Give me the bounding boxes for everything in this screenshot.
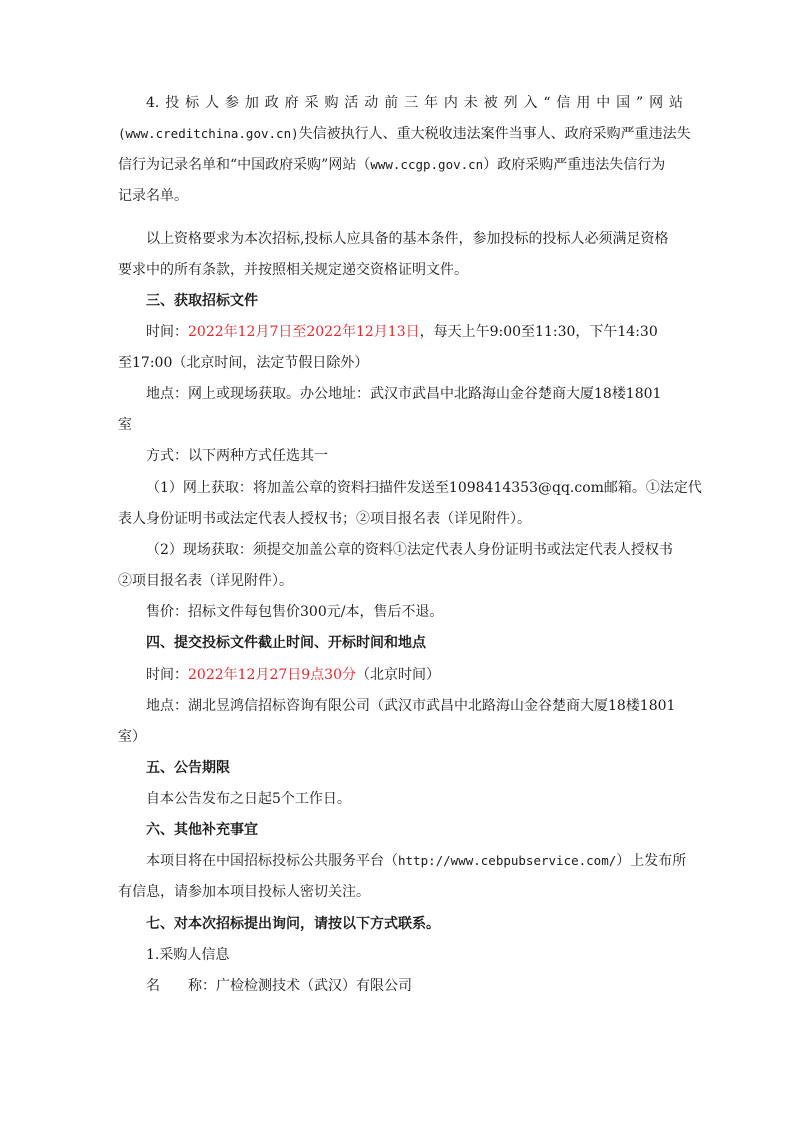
section3-heading: 三、获取招标文件 <box>146 291 258 311</box>
section4-time: 时间：2022年12月27日9点30分（北京时间） <box>146 665 440 685</box>
item4-line1: 4.投标人参加政府采购活动前三年内未被列入“信用中国”网站 <box>146 93 683 113</box>
section3-price: 售价：招标文件每包售价300元/本，售后不退。 <box>146 602 443 622</box>
section3-time-line1: 时间：2022年12月7日至2022年12月13日，每天上午9:00至11:30… <box>146 322 658 342</box>
section7-name: 名 称：广检检测技术（武汉）有限公司 <box>146 976 412 996</box>
item4-line4: 记录名单。 <box>118 186 188 206</box>
section3-time-highlight: 2022年12月7日至2022年12月13日 <box>188 324 420 340</box>
qualification-note-line1: 以上资格要求为本次招标,投标人应具备的基本条件，参加投标的投标人必须满足资格 <box>146 229 668 249</box>
section3-online-line1: （1）网上获取：将加盖公章的资料扫描件发送至1098414353@qq.com邮… <box>146 478 702 498</box>
section4-place-line1: 地点：湖北昱鸿信招标咨询有限公司（武汉市武昌中北路海山金谷楚商大厦18楼1801 <box>146 696 675 716</box>
section7-heading: 七、对本次招标提出询问，请按以下方式联系。 <box>146 914 440 934</box>
section3-onsite-line2: ②项目报名表（详见附件）。 <box>118 571 293 591</box>
section4-place-line2: 室） <box>118 727 146 747</box>
qualification-note-line2: 要求中的所有条款，并按照相关规定递交资格证明文件。 <box>118 260 468 280</box>
section3-time-line2: 至17:00（北京时间，法定节假日除外） <box>118 353 368 373</box>
name-value: 广检检测技术（武汉）有限公司 <box>216 978 412 994</box>
section6-heading: 六、其他补充事宜 <box>146 820 258 840</box>
section5-text: 自本公告发布之日起5个工作日。 <box>146 789 351 809</box>
section7-sub1: 1.采购人信息 <box>146 945 229 965</box>
section5-heading: 五、公告期限 <box>146 758 230 778</box>
section4-heading: 四、提交投标文件截止时间、开标时间和地点 <box>146 633 426 653</box>
section3-method: 方式：以下两种方式任选其一 <box>146 446 328 466</box>
section3-place-line1: 地点：网上或现场获取。办公地址：武汉市武昌中北路海山金谷楚商大厦18楼1801 <box>146 384 661 404</box>
item4-line3: 信行为记录名单和“中国政府采购”网站（www.ccgp.gov.cn）政府采购严… <box>118 155 665 175</box>
name-label: 名 称： <box>146 978 216 994</box>
section3-place-line2: 室 <box>118 415 132 435</box>
section3-onsite-line1: （2）现场获取：须提交加盖公章的资料①法定代表人身份证明书或法定代表人授权书 <box>146 540 673 560</box>
online-email: 1098414353@qq.com <box>449 480 604 496</box>
item4-line2: (www.creditchina.gov.cn)失信被执行人、重大税收违法案件当… <box>118 124 683 144</box>
cebpubservice-url: http://www.cebpubservice.com/ <box>398 853 616 868</box>
section6-line2: 有信息，请参加本项目投标人密切关注。 <box>118 882 370 902</box>
section3-online-line2: 表人身份证明书或法定代表人授权书；②项目报名表（详见附件）。 <box>118 509 531 529</box>
section6-line1: 本项目将在中国招标投标公共服务平台（http://www.cebpubservi… <box>146 851 686 871</box>
section4-time-highlight: 2022年12月27日9点30分 <box>188 667 356 683</box>
ccgp-url: www.ccgp.gov.cn <box>370 157 483 172</box>
creditchina-url: (www.creditchina.gov.cn) <box>118 126 299 141</box>
